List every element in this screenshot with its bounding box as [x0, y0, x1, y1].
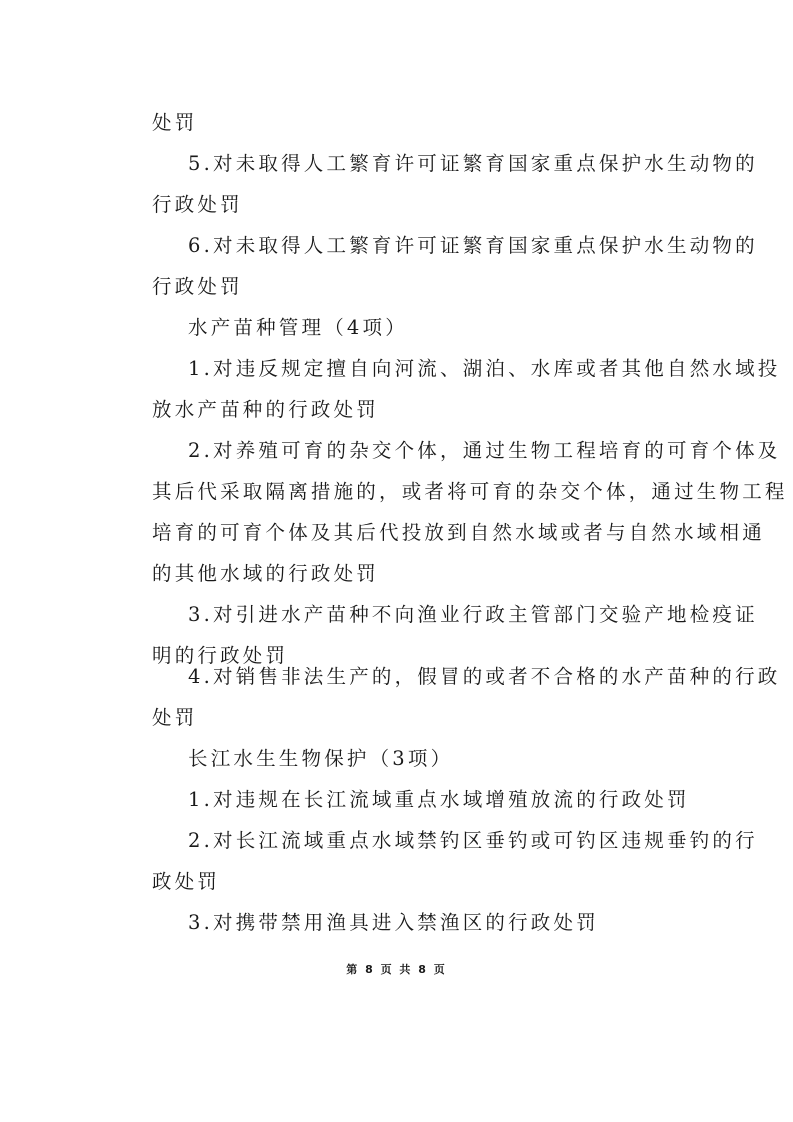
list-item-3: 3.对携带禁用渔具进入禁渔区的行政处罚 — [188, 911, 599, 935]
list-item-1: 1.对违规在长江流域重点水域增殖放流的行政处罚 — [188, 788, 690, 812]
text-line-continuation: 处罚 — [152, 706, 197, 730]
section-heading-aquatic-seedlings: 水产苗种管理（4项） — [188, 316, 408, 340]
text-line-continuation: 其后代采取隔离措施的，或者将可育的杂交个体，通过生物工程 — [152, 480, 788, 504]
text-line-continuation: 培育的可育个体及其后代投放到自然水域或者与自然水域相通 — [152, 521, 765, 545]
text-line-continuation: 行政处罚 — [152, 193, 243, 217]
document-page: 处罚 5.对未取得人工繁育许可证繁育国家重点保护水生动物的 行政处罚 6.对未取… — [0, 0, 793, 1122]
text-line-continuation: 放水产苗种的行政处罚 — [152, 398, 379, 422]
list-item-1: 1.对违反规定擅自向河流、湖泊、水库或者其他自然水域投 — [188, 357, 781, 381]
list-item-2: 2.对长江流域重点水域禁钓区垂钓或可钓区违规垂钓的行 — [188, 829, 758, 853]
text-line-continuation: 政处罚 — [152, 870, 220, 894]
section-heading-yangtze-protection: 长江水生生物保护（3项） — [188, 747, 453, 771]
text-line-continuation: 行政处罚 — [152, 275, 243, 299]
list-item-6: 6.对未取得人工繁育许可证繁育国家重点保护水生动物的 — [188, 234, 758, 258]
page-footer: 第 8 页 共 8 页 — [0, 961, 793, 977]
text-line-continuation: 处罚 — [152, 111, 197, 135]
list-item-3: 3.对引进水产苗种不向渔业行政主管部门交验产地检疫证 — [188, 603, 758, 627]
text-line-continuation: 的其他水域的行政处罚 — [152, 562, 379, 586]
list-item-4: 4.对销售非法生产的，假冒的或者不合格的水产苗种的行政 — [188, 665, 781, 689]
list-item-5: 5.对未取得人工繁育许可证繁育国家重点保护水生动物的 — [188, 152, 758, 176]
list-item-2: 2.对养殖可育的杂交个体，通过生物工程培育的可育个体及 — [188, 439, 781, 463]
